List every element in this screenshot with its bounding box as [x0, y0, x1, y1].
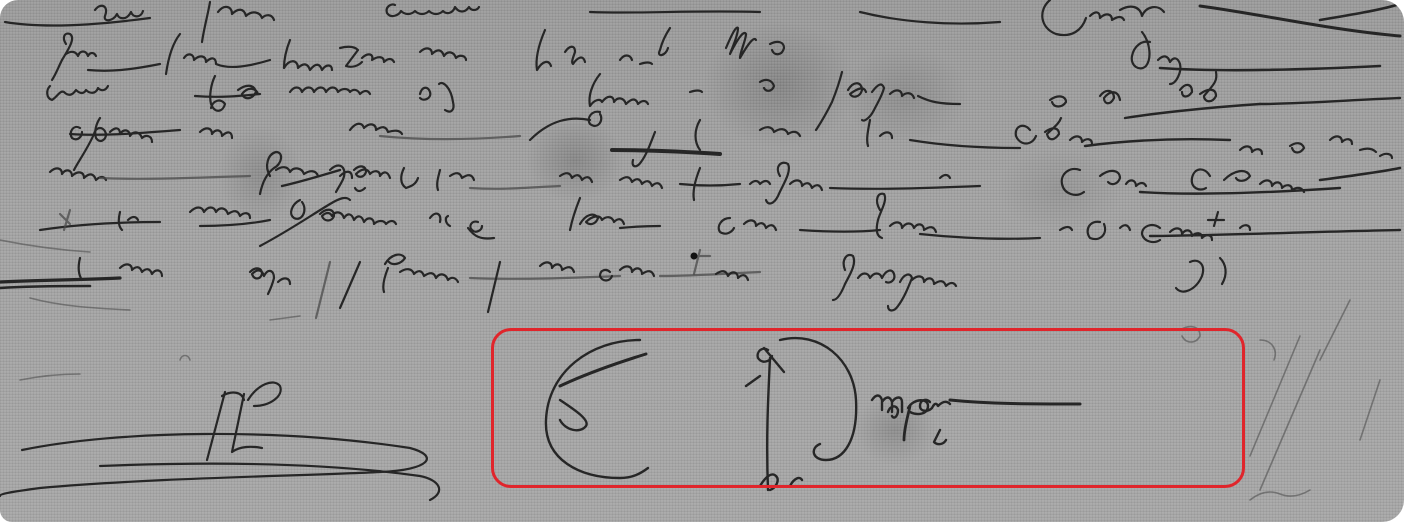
manuscript-line-5 — [50, 152, 1400, 203]
left-signature — [0, 382, 439, 500]
manuscript-line-7 — [0, 250, 1226, 318]
manuscript-line-2 — [52, 28, 1380, 84]
manuscript-line-1 — [5, 0, 1400, 42]
manuscript-scan: ... d'aut(re) jour de novembre ... fils … — [0, 0, 1404, 522]
manuscript-line-3 — [47, 72, 1400, 130]
ink-blot — [691, 253, 698, 260]
manuscript-line-6 — [40, 194, 1400, 246]
signature-highlight-box — [491, 328, 1245, 488]
